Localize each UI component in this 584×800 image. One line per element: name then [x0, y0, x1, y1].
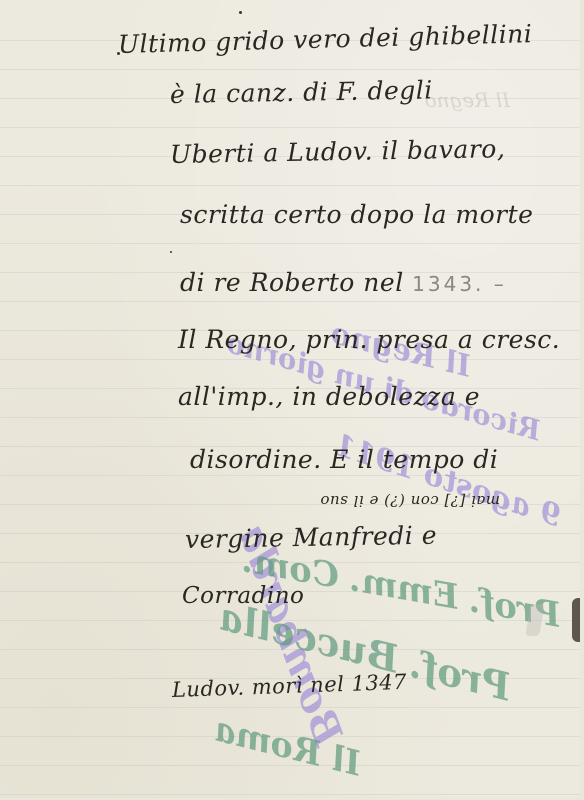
text-line-2: è la canz. di F. degli	[170, 75, 433, 109]
ink-speck	[170, 251, 172, 253]
manuscript-page: Il Regno Il Regno Ricordo di un giorno 9…	[0, 0, 580, 798]
text-line-8: disordine. E il tempo di	[190, 445, 498, 474]
interlinear-insertion: mai [?] con (?) e il suo	[320, 492, 500, 510]
pencil-year: 1343. –	[412, 272, 507, 296]
text-line-4: scritta certo dopo la morte	[180, 200, 533, 229]
ink-speck	[117, 52, 120, 55]
text-line-5-ink: di re Roberto nel	[180, 268, 404, 297]
text-line-7: all'imp., in debolezza e	[178, 382, 480, 411]
ink-speck	[239, 11, 242, 14]
text-line-5: di re Roberto nel 1343. –	[180, 268, 507, 297]
bleed-line: Il Regno	[425, 88, 510, 112]
edge-stain	[572, 598, 580, 642]
text-line-6: Il Regno, prin. presa a cresc.	[178, 325, 560, 354]
text-line-10: Corradino	[182, 583, 304, 609]
text-line-3: Uberti a Ludov. il bavaro,	[170, 134, 506, 169]
text-line-9: vergine Manfredi e	[185, 521, 438, 554]
